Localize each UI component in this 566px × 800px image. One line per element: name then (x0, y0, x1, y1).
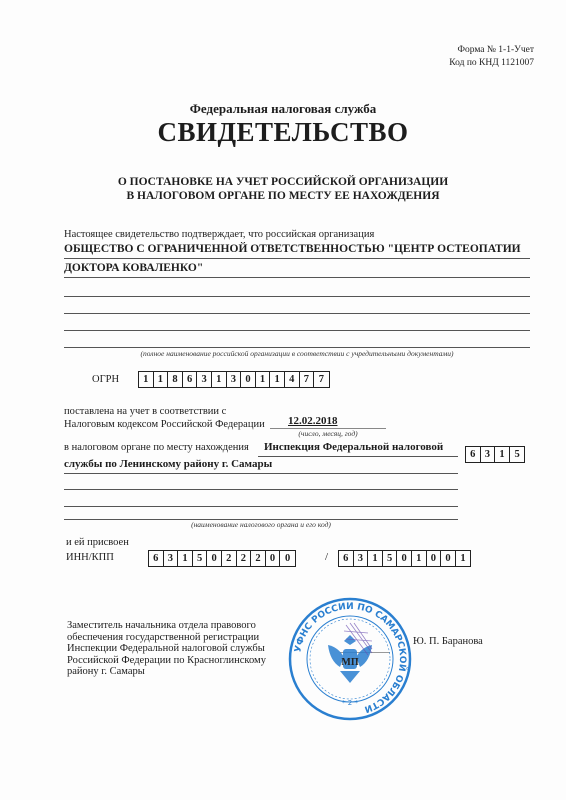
authority-code-cells: 6315 (465, 446, 525, 463)
rule (64, 473, 458, 474)
ogrn-digit: 8 (168, 372, 183, 387)
ogrn-digit: 4 (285, 372, 300, 387)
stamp-icon: УФНС РОССИИ ПО САМАРСКОЙ ОБЛАСТИ МП * 2 … (288, 597, 412, 721)
inn-digit: 2 (222, 551, 237, 566)
rule (258, 456, 458, 457)
org-name-line-2: ДОКТОРА КОВАЛЕНКО" (64, 262, 203, 274)
ogrn-digit: 1 (212, 372, 227, 387)
ogrn-digit: 3 (227, 372, 242, 387)
assigned-text: и ей присвоен (66, 537, 129, 548)
rule (64, 277, 530, 278)
kpp-digit: 0 (397, 551, 412, 566)
ogrn-digit: 6 (183, 372, 198, 387)
rule (64, 489, 458, 490)
org-name-line-1: ОБЩЕСТВО С ОГРАНИЧЕННОЙ ОТВЕТСТВЕННОСТЬЮ… (64, 243, 521, 255)
ogrn-digit: 1 (256, 372, 271, 387)
knd-code: Код по КНД 1121007 (449, 57, 534, 70)
inn-kpp-separator: / (325, 551, 328, 563)
kpp-digit: 1 (412, 551, 427, 566)
ogrn-digit: 1 (139, 372, 154, 387)
inn-digit: 0 (207, 551, 222, 566)
rule (64, 313, 530, 314)
org-caption: (полное наименование российской организа… (64, 349, 530, 358)
inn-digit: 3 (164, 551, 179, 566)
rule (64, 347, 530, 348)
kpp-digit: 1 (368, 551, 383, 566)
authority-code-digit: 1 (495, 447, 510, 462)
document-subtitle: О ПОСТАНОВКЕ НА УЧЕТ РОССИЙСКОЙ ОРГАНИЗА… (0, 175, 566, 203)
authority-code-digit: 5 (510, 447, 525, 462)
authority-intro: в налоговом органе по месту нахождения (64, 442, 249, 453)
ogrn-digit: 1 (154, 372, 169, 387)
kpp-digit: 0 (441, 551, 456, 566)
form-meta: Форма № 1-1-Учет Код по КНД 1121007 (449, 44, 534, 70)
kpp-digit: 0 (427, 551, 442, 566)
agency-name: Федеральная налоговая служба (0, 101, 566, 117)
ogrn-digit: 1 (270, 372, 285, 387)
inn-digit: 2 (251, 551, 266, 566)
kpp-digit: 3 (354, 551, 369, 566)
document-title: СВИДЕТЕЛЬСТВО (0, 117, 566, 148)
inn-digit: 6 (149, 551, 164, 566)
ogrn-digit: 7 (300, 372, 315, 387)
ogrn-digit: 0 (241, 372, 256, 387)
ogrn-label: ОГРН (92, 374, 119, 385)
registration-line-2: Налоговым кодексом Российской Федерации (64, 419, 265, 430)
org-intro: Настоящее свидетельство подтверждает, чт… (64, 229, 374, 240)
ogrn-digit: 3 (197, 372, 212, 387)
ogrn-digit: 7 (314, 372, 329, 387)
authority-caption: (наименование налогового органа и его ко… (64, 520, 458, 529)
authority-line-2: службы по Ленинскому району г. Самары (64, 458, 272, 470)
registration-date: 12.02.2018 (288, 415, 338, 427)
official-stamp: УФНС РОССИИ ПО САМАРСКОЙ ОБЛАСТИ МП * 2 … (288, 597, 412, 721)
inn-cells: 6315022200 (148, 550, 296, 567)
authority-line-1: Инспекция Федеральной налоговой (264, 441, 443, 453)
kpp-digit: 1 (456, 551, 471, 566)
rule (64, 330, 530, 331)
inn-kpp-label: ИНН/КПП (66, 552, 114, 563)
kpp-cells: 631501001 (338, 550, 471, 567)
rule (64, 506, 458, 507)
kpp-digit: 6 (339, 551, 354, 566)
kpp-digit: 5 (383, 551, 398, 566)
registration-line-1: поставлена на учет в соответствии с (64, 406, 226, 417)
inn-digit: 0 (280, 551, 295, 566)
form-number: Форма № 1-1-Учет (449, 44, 534, 57)
inn-digit: 1 (178, 551, 193, 566)
ogrn-cells: 1186313011477 (138, 371, 330, 388)
rule (64, 296, 530, 297)
signer-position: Заместитель начальника отдела правового … (67, 620, 266, 678)
inn-digit: 2 (237, 551, 252, 566)
inn-digit: 5 (193, 551, 208, 566)
signer-name: Ю. П. Баранова (413, 636, 483, 647)
inn-digit: 0 (266, 551, 281, 566)
authority-code-digit: 6 (466, 447, 481, 462)
svg-text:* 2 *: * 2 * (342, 699, 358, 707)
svg-text:МП: МП (341, 657, 358, 668)
date-caption: (число, месяц, год) (270, 429, 386, 438)
authority-code-digit: 3 (481, 447, 496, 462)
rule (64, 258, 530, 259)
